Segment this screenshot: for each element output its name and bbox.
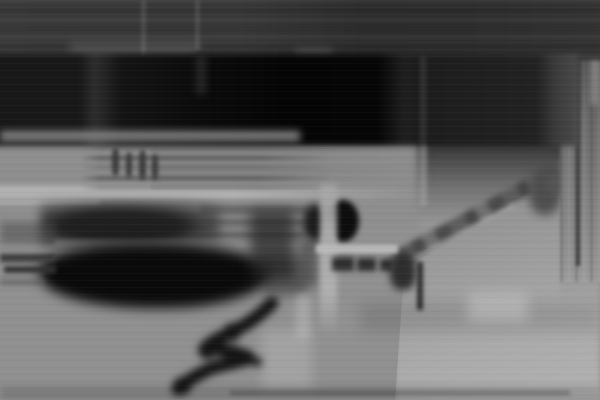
video-still-frame [0, 0, 600, 400]
film-scanline-texture [0, 0, 600, 400]
